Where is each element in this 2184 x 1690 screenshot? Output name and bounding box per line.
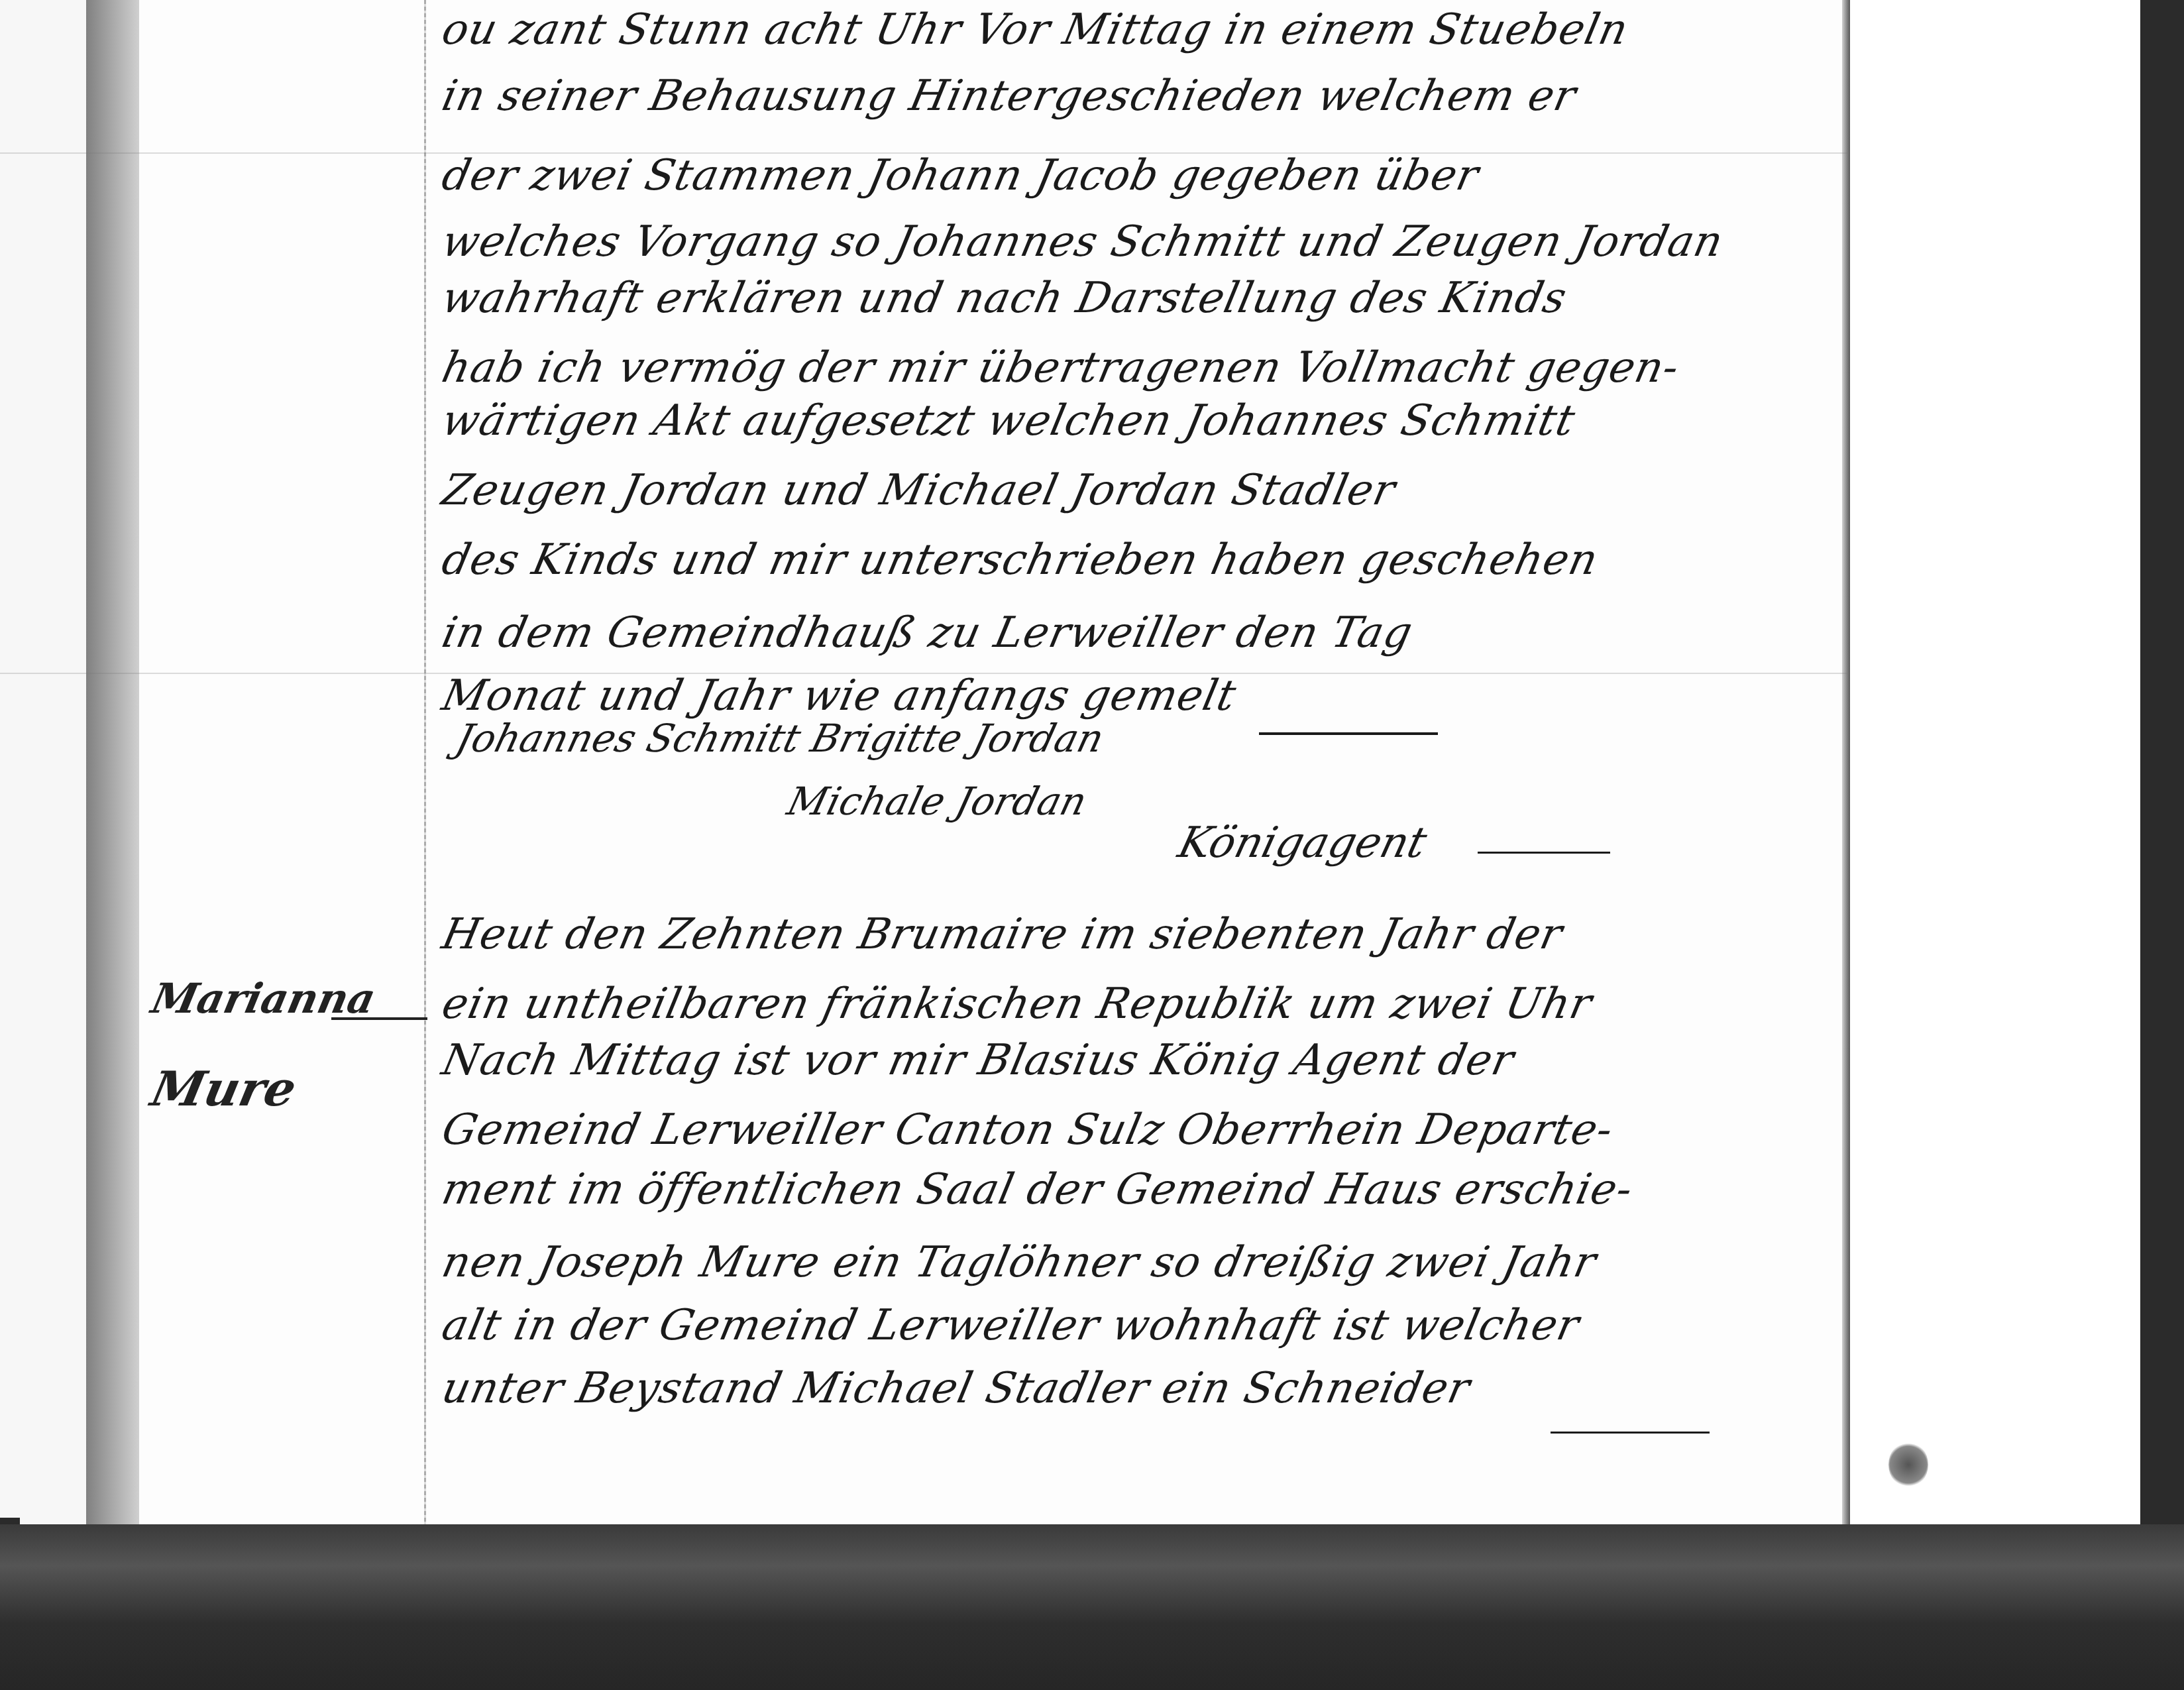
text-line: Zeugen Jordan und Michael Jordan Stadler bbox=[437, 464, 1400, 517]
bottom-scan-border bbox=[0, 1524, 2184, 1690]
text-line: wärtigen Akt aufgesetzt welchen Johannes… bbox=[437, 394, 1580, 447]
signature-witnesses: Johannes Schmitt Brigitte Jordan bbox=[452, 716, 1109, 761]
text-line: des Kinds und mir unterschrieben haben g… bbox=[437, 534, 1603, 587]
right-blank-area bbox=[1850, 0, 2140, 1524]
text-line: Nach Mittag ist vor mir Blasius König Ag… bbox=[437, 1034, 1519, 1087]
book-binding-shadow bbox=[86, 0, 139, 1538]
margin-note-given-name: Marianna bbox=[147, 974, 380, 1023]
text-line: hab ich vermög der mir übertragenen Voll… bbox=[437, 341, 1684, 394]
margin-note-surname: Mure bbox=[146, 1060, 301, 1117]
text-line: ein untheilbaren fränkischen Republik um… bbox=[437, 978, 1597, 1031]
text-line: ment im öffentlichen Saal der Gemeind Ha… bbox=[437, 1163, 1638, 1216]
text-line: Monat und Jahr wie anfangs gemelt bbox=[437, 669, 1241, 722]
signature-agent: Königagent bbox=[1174, 818, 1432, 868]
line-filler-dash bbox=[1551, 1432, 1710, 1434]
line-filler-dash bbox=[1259, 732, 1438, 735]
text-line: wahrhaft erklären und nach Darstellung d… bbox=[437, 272, 1572, 325]
signature-dash bbox=[1478, 852, 1610, 854]
text-line: nen Joseph Mure ein Taglöhner so dreißig… bbox=[437, 1236, 1602, 1289]
text-line: Gemeind Lerweiller Canton Sulz Oberrhein… bbox=[437, 1103, 1618, 1156]
text-line: in dem Gemeindhauß zu Lerweiller den Tag bbox=[437, 606, 1417, 659]
signature-michael-jordan: Michale Jordan bbox=[783, 779, 1092, 824]
text-line: Heut den Zehnten Brumaire im siebenten J… bbox=[437, 908, 1568, 961]
text-line: alt in der Gemeind Lerweiller wohnhaft i… bbox=[437, 1299, 1584, 1352]
text-line: der zwei Stammen Johann Jacob gegeben üb… bbox=[437, 149, 1484, 202]
page-margin-rule bbox=[424, 0, 426, 1524]
right-scan-border bbox=[2140, 0, 2184, 1690]
page-right-edge bbox=[1842, 0, 1850, 1524]
text-line: unter Beystand Michael Stadler ein Schne… bbox=[437, 1362, 1475, 1415]
text-line: in seiner Behausung Hintergeschieden wel… bbox=[437, 70, 1581, 123]
margin-note-underline bbox=[331, 1017, 427, 1020]
adjacent-page-strip bbox=[0, 0, 86, 1524]
text-line: ou zant Stunn acht Uhr Vor Mittag in ein… bbox=[437, 3, 1633, 56]
text-line: welches Vorgang so Johannes Schmitt und … bbox=[437, 215, 1728, 268]
ink-stain bbox=[1888, 1441, 1928, 1488]
